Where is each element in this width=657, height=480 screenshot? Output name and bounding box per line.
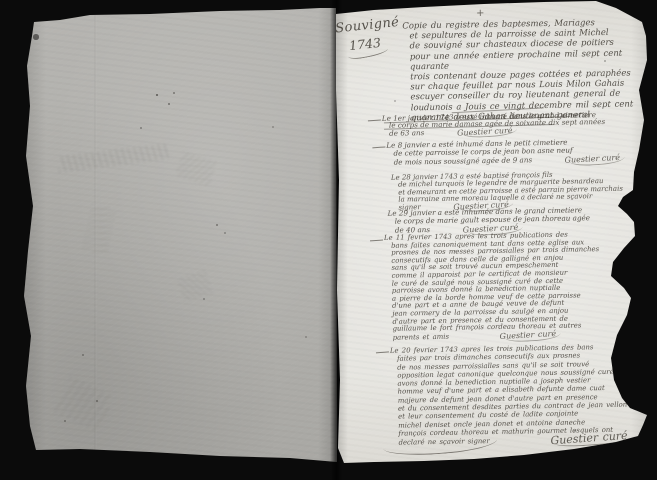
ink-bleedthrough-smudge — [175, 151, 217, 187]
ink-bleedthrough-smudge — [54, 376, 114, 433]
ink-bleedthrough-smudge — [177, 270, 213, 302]
folio-mark: 15 — [615, 0, 628, 12]
left-page — [20, 6, 338, 466]
entry-text: Copie du registre des baptesmes, Mariage… — [402, 18, 633, 123]
margin-note: Souvigné 1743 — [335, 15, 403, 60]
entry-signature: Guestier curé — [505, 329, 562, 342]
ink-bleedthrough-smudge — [57, 143, 168, 172]
margin-dash — [370, 240, 383, 242]
ink-speckles — [20, 6, 22, 8]
manuscript-scan: Souvigné 1743 + 15 Copie du registre des… — [0, 0, 657, 480]
entry-signature: Guestier curé — [570, 153, 626, 166]
margin-dash — [372, 146, 385, 148]
right-page: Souvigné 1743 + 15 Copie du registre des… — [334, 0, 657, 468]
margin-dash — [368, 120, 381, 122]
register-entry: Le 8 janvier a esté inhumé dans le petit… — [386, 138, 629, 169]
entry-signature closing-signature: Guestier curé — [553, 432, 638, 449]
entry-text: Le 8 janvier a esté inhumé dans le petit… — [386, 138, 572, 167]
ink-bleedthrough-smudge — [81, 204, 116, 256]
handwriting-layer: Souvigné 1743 + 15 Copie du registre des… — [330, 0, 657, 469]
margin-dash — [376, 351, 389, 353]
register-entry: Le 20 fevrier 1743 apres les trois publi… — [390, 342, 651, 449]
register-entry: Le 11 fevrier 1743 apres les trois publi… — [384, 230, 643, 343]
entry-signature: Guestier curé — [462, 126, 518, 138]
entry-text: Le 11 fevrier 1743 apres les trois publi… — [384, 231, 599, 342]
cross-mark: + — [476, 8, 485, 19]
